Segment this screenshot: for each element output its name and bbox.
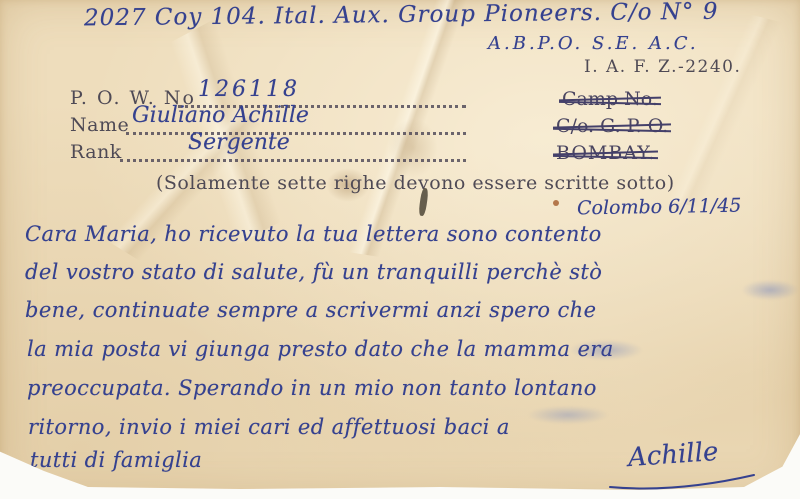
letter-line: preoccupata. Sperando in un mio non tant… (27, 376, 597, 400)
letter-line: bene, continuate sempre a scrivermi anzi… (25, 298, 596, 322)
dotted-leader (126, 131, 466, 135)
letter-line: la mia posta vi giunga presto dato che l… (27, 337, 614, 361)
ink-spot (553, 200, 559, 206)
name-value: Giuliano Achille (132, 103, 309, 128)
letter-line: Cara Maria, ho ricevuto la tua lettera s… (25, 222, 602, 246)
ink-smudge (528, 406, 608, 424)
name-label: Name (70, 114, 129, 136)
dotted-leader (120, 158, 466, 162)
unit-address-line: 2027 Coy 104. Ital. Aux. Group Pioneers.… (84, 0, 719, 31)
letter-line: ritorno, invio i miei cari ed affettuosi… (28, 415, 510, 439)
struck-bombay: BOMBAY. (556, 142, 655, 164)
apo-line: A.B.P.O. S.E. A.C. (488, 33, 699, 54)
struck-camp-no: Camp No. (562, 88, 658, 110)
form-code: I. A. F. Z.-2240. (584, 57, 741, 77)
rank-label: Rank (70, 141, 122, 163)
letter-line: tutti di famiglia (30, 448, 202, 472)
letter-line: del vostro stato di salute, fù un tranqu… (25, 260, 602, 284)
pow-number-value: 126118 (198, 77, 300, 102)
rank-value: Sergente (188, 130, 290, 155)
struck-gpo: C/o. G. P. O. (556, 115, 668, 137)
instruction-line: (Solamente sette righe devono essere scr… (156, 172, 675, 194)
paper-stain (388, 118, 438, 178)
postcard: 2027 Coy 104. Ital. Aux. Group Pioneers.… (0, 0, 800, 499)
scan-background: 2027 Coy 104. Ital. Aux. Group Pioneers.… (0, 0, 800, 499)
dateline: Colombo 6/11/45 (577, 195, 742, 220)
signature: Achille (627, 437, 719, 473)
signature-flourish (606, 472, 758, 492)
ink-smudge (742, 280, 798, 300)
